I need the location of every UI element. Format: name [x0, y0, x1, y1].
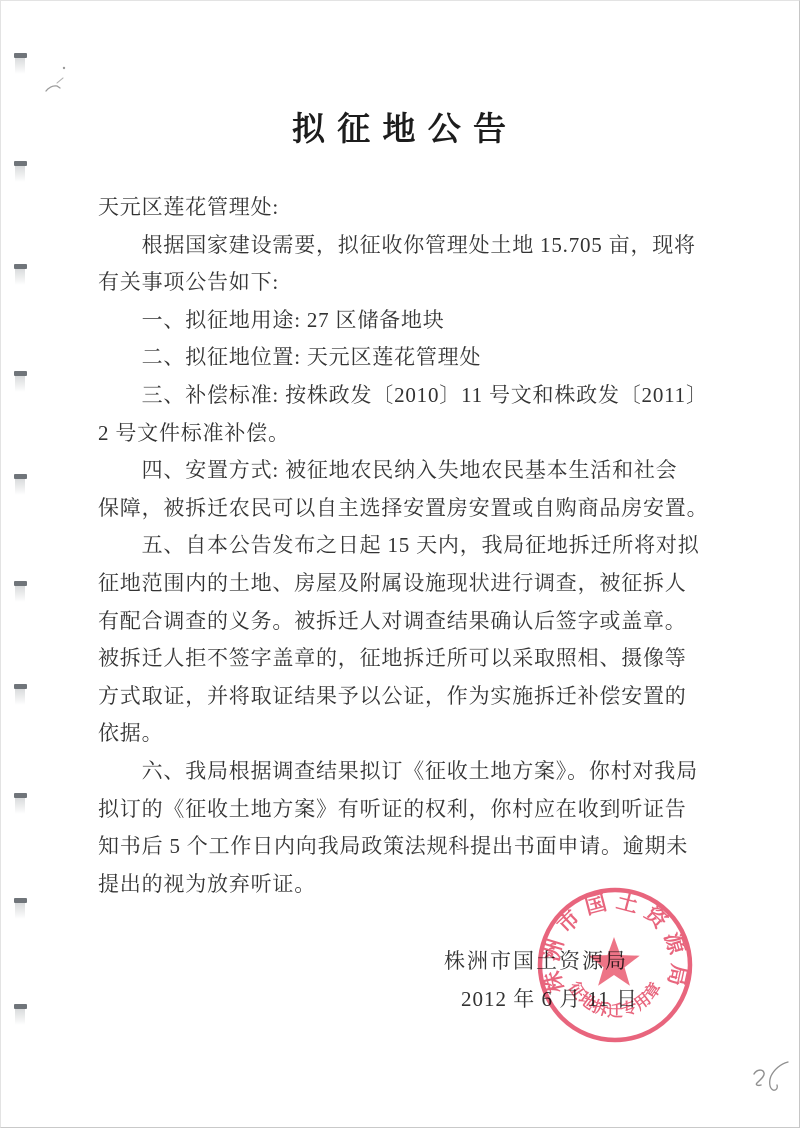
body-line: 一、拟征地用途: 27 区储备地块 — [98, 302, 714, 340]
official-seal-stamp: 株洲市国土资源局 征地拆迁专用章 — [530, 880, 700, 1050]
body-line: 2 号文件标准补偿。 — [98, 415, 714, 453]
document-title: 拟 征 地 公 告 — [1, 103, 799, 150]
scanned-document-page: 拟 征 地 公 告 天元区莲花管理处: 根据国家建设需要，拟征收你管理处土地 1… — [0, 0, 800, 1128]
body-line: 被拆迁人拒不签字盖章的，征地拆迁所可以采取照相、摄像等 — [98, 640, 714, 678]
body-line: 依据。 — [98, 715, 714, 753]
seal-star-icon — [588, 937, 639, 986]
body-line: 保障，被拆迁农民可以自主选择安置房安置或自购商品房安置。 — [98, 490, 714, 528]
svg-text:征地拆迁专用章: 征地拆迁专用章 — [565, 978, 665, 1020]
seal-bottom-text: 征地拆迁专用章 — [565, 978, 665, 1020]
scan-artifact-mark — [14, 371, 27, 393]
scan-artifact-mark — [14, 474, 27, 496]
salutation: 天元区莲花管理处: — [98, 189, 714, 227]
scan-artifact-mark — [14, 684, 27, 706]
body-line: 根据国家建设需要，拟征收你管理处土地 15.705 亩，现将 — [98, 227, 714, 265]
body-line: 二、拟征地位置: 天元区莲花管理处 — [98, 339, 714, 377]
scan-artifact-mark — [14, 264, 27, 286]
body-line: 五、自本公告发布之日起 15 天内，我局征地拆迁所将对拟 — [98, 527, 714, 565]
body-line: 三、补偿标准: 按株政发〔2010〕11 号文和株政发〔2011〕 — [98, 377, 714, 415]
scan-artifact-mark — [14, 793, 27, 815]
body-line: 有关事项公告如下: — [98, 264, 714, 302]
body-line: 六、我局根据调查结果拟订《征收土地方案》。你村对我局 — [98, 753, 714, 791]
scan-artifact-mark — [14, 161, 27, 183]
body-line: 四、安置方式: 被征地农民纳入失地农民基本生活和社会 — [98, 452, 714, 490]
scan-artifact-mark — [14, 1004, 27, 1026]
scan-artifact-mark — [14, 898, 27, 920]
body-line: 征地范围内的土地、房屋及附属设施现状进行调查，被征拆人 — [98, 565, 714, 603]
body-line: 拟订的《征收土地方案》有听证的权利，你村应在收到听证告 — [98, 791, 714, 829]
body-line: 有配合调查的义务。被拆迁人对调查结果确认后签字或盖章。 — [98, 603, 714, 641]
scan-artifact-mark — [14, 581, 27, 603]
body-line: 方式取证，并将取证结果予以公证，作为实施拆迁补偿安置的 — [98, 678, 714, 716]
scan-artifact-mark — [14, 53, 27, 75]
document-body: 天元区莲花管理处: 根据国家建设需要，拟征收你管理处土地 15.705 亩，现将… — [98, 189, 714, 903]
body-line: 知书后 5 个工作日内向我局政策法规科提出书面申请。逾期未 — [98, 828, 714, 866]
